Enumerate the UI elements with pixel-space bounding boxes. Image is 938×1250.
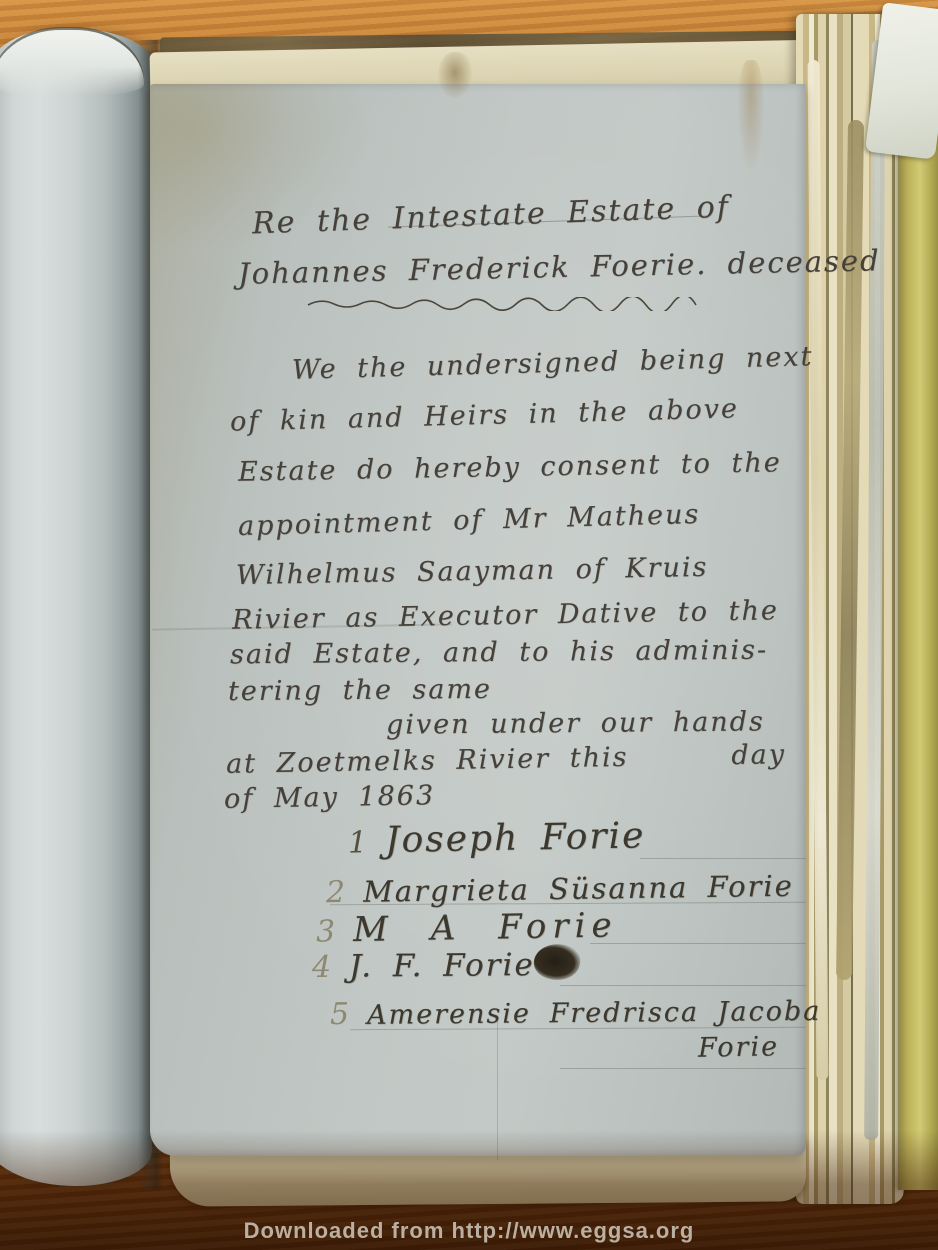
body-line: given under our hands <box>386 706 765 740</box>
signature-name: Margrieta Süsanna Forie <box>363 869 794 909</box>
signature-number: 3 <box>316 914 336 949</box>
body-line: of May 1863 <box>224 780 436 815</box>
signature-row: 4 J. F. Forie <box>312 947 535 985</box>
wavy-underline-decoration <box>306 296 698 315</box>
signature-row: 1 Joseph Forie <box>348 815 646 861</box>
body-line: tering the same <box>228 674 492 707</box>
signature-number: 4 <box>312 950 331 985</box>
faint-ruled-line <box>560 1068 806 1069</box>
signature-row: 5 Amerensie Fredrisca Jacoba <box>330 993 822 1032</box>
faint-ruled-line <box>560 985 806 986</box>
signature-number: 2 <box>326 875 346 910</box>
signature-row: 3 M A Forie <box>316 905 618 950</box>
page-stain <box>738 60 764 170</box>
body-line: said Estate, and to his adminis- <box>230 635 768 671</box>
faint-ruled-line <box>640 858 806 859</box>
signature-name: J. F. Forie <box>349 947 535 985</box>
signature-number: 5 <box>330 997 349 1032</box>
watermark-text: Downloaded from http://www.eggsa.org <box>0 1218 938 1244</box>
signature-number: 1 <box>348 825 368 860</box>
signature-name: Amerensie Fredrisca Jacoba <box>367 996 821 1031</box>
photo-scene: Re the Intestate Estate of Johannes Fred… <box>0 0 938 1250</box>
signature-name-second-line: Forie <box>698 1031 780 1063</box>
olive-side-page <box>898 30 938 1190</box>
left-page-roll <box>0 28 152 1186</box>
signature-row: 2 Margrieta Süsanna Forie <box>326 869 794 911</box>
signature-name: Joseph Forie <box>385 815 646 861</box>
body-line-day-word: day <box>731 739 786 771</box>
faint-ruled-line <box>590 943 806 944</box>
signature-name: M A Forie <box>353 905 618 950</box>
